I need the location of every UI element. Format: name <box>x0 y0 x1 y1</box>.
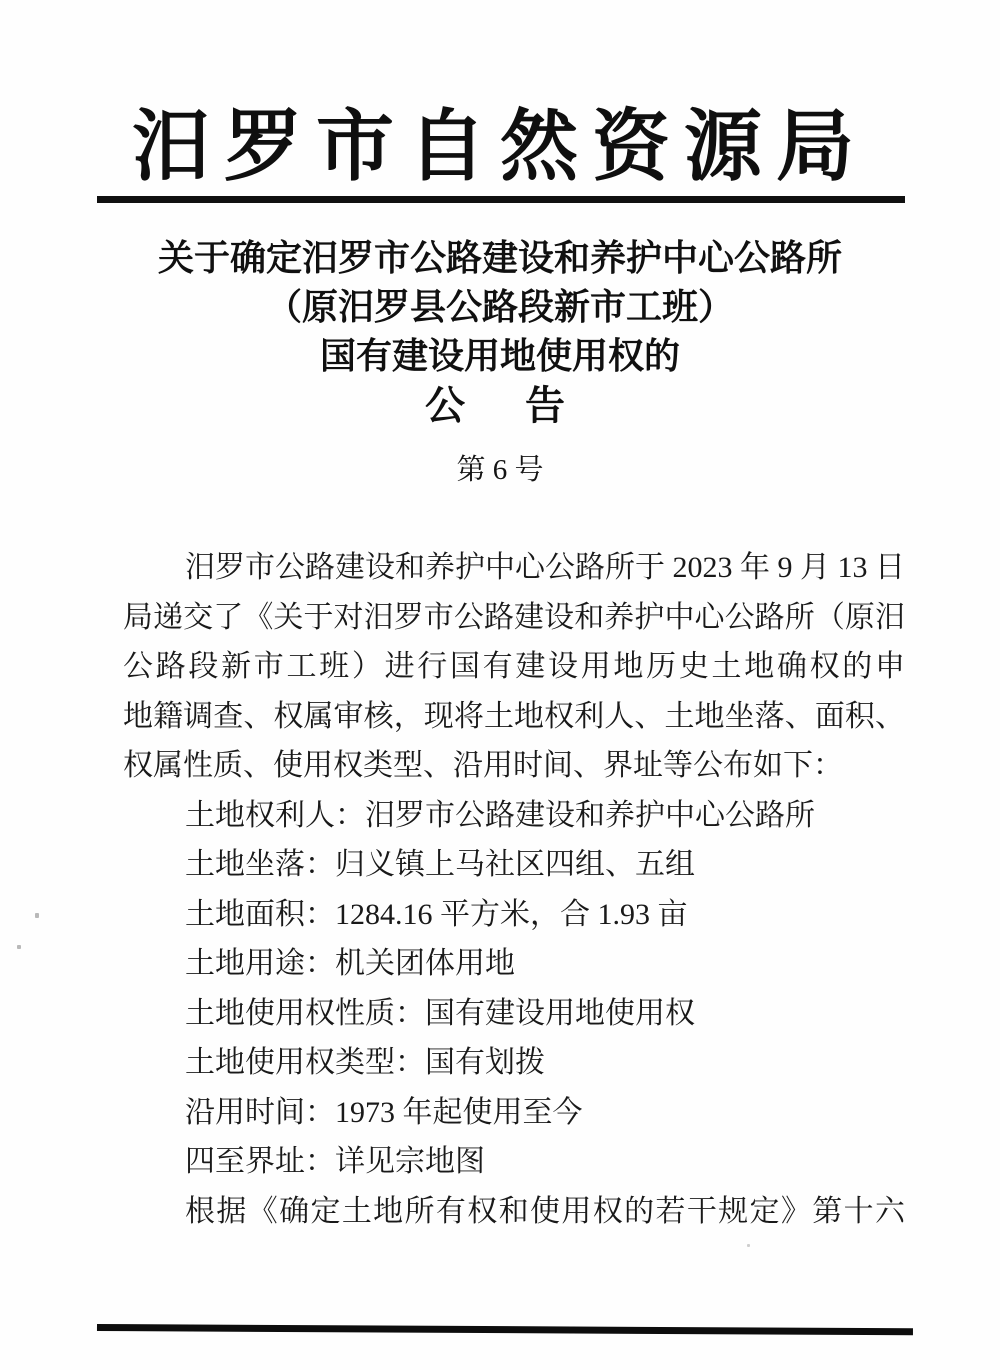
body-line: 权属性质、使用权类型、沿用时间、界址等公布如下： <box>123 741 905 791</box>
body-line: 局递交了《关于对汨罗市公路建设和养护中心公路所（原汨罗县 <box>123 593 905 643</box>
page-bottom-rule <box>97 1324 913 1335</box>
doc-title-line-1: 关于确定汨罗市公路建设和养护中心公路所 <box>0 234 1000 283</box>
body-line-land-area: 土地面积：1284.16 平方米，合 1.93 亩 <box>123 890 905 940</box>
scan-speck <box>35 913 39 918</box>
body-line: 公路段新市工班）进行国有建设用地历史土地确权的申请》，经 <box>123 642 905 692</box>
body-line-right-type: 土地使用权类型：国有划拨 <box>123 1038 905 1088</box>
body-line-boundaries: 四至界址：详见宗地图 <box>123 1137 905 1187</box>
body-line: 根据《确定土地所有权和使用权的若干规定》第十六条、第 <box>123 1187 905 1237</box>
doc-title-line-2: （原汨罗县公路段新市工班） <box>0 283 1000 332</box>
scan-speck <box>747 1244 750 1247</box>
header-double-rule <box>97 196 905 203</box>
body-line-usage-period: 沿用时间：1973 年起使用至今 <box>123 1088 905 1138</box>
body-line: 地籍调查、权属审核，现将土地权利人、土地坐落、面积、用途、 <box>123 692 905 742</box>
body-line-land-location: 土地坐落：归义镇上马社区四组、五组 <box>123 840 905 890</box>
doc-title-line-3: 国有建设用地使用权的 <box>0 332 1000 381</box>
document-title: 关于确定汨罗市公路建设和养护中心公路所 （原汨罗县公路段新市工班） 国有建设用地… <box>0 234 1000 430</box>
scanned-announcement-page: 汨罗市自然资源局 关于确定汨罗市公路建设和养护中心公路所 （原汨罗县公路段新市工… <box>0 0 1000 1370</box>
body-line-right-nature: 土地使用权性质：国有建设用地使用权 <box>123 989 905 1039</box>
scan-speck <box>17 945 21 949</box>
doc-title-announcement: 公 告 <box>0 381 1000 430</box>
agency-name-header: 汨罗市自然资源局 <box>0 101 1000 193</box>
body-line-land-use: 土地用途：机关团体用地 <box>123 939 905 989</box>
document-number: 第 6 号 <box>0 446 1000 495</box>
body-line-land-owner: 土地权利人：汨罗市公路建设和养护中心公路所 <box>123 791 905 841</box>
body-line: 汨罗市公路建设和养护中心公路所于 2023 年 9 月 13 日向我 <box>123 543 905 593</box>
document-body: 汨罗市公路建设和养护中心公路所于 2023 年 9 月 13 日向我 局递交了《… <box>123 543 905 1236</box>
